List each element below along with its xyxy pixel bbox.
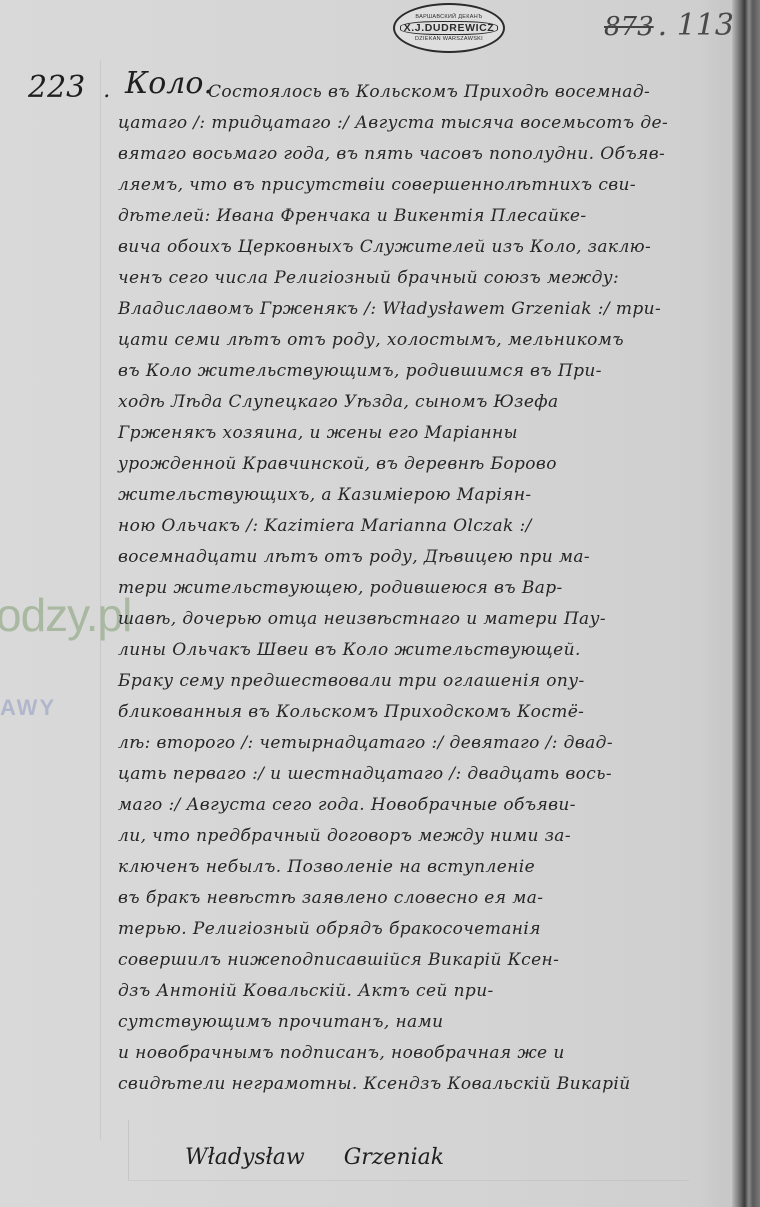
- folio-struck: 873: [604, 12, 654, 42]
- record-line: лины Ольчакъ Швеи въ Коло жительствующей…: [118, 640, 581, 660]
- document-page: ВАРШАВСКИЙ ДЕКАНЪ X.J.DUDREWICZ DZIEKAN …: [0, 0, 760, 1207]
- record-line: цати семи лѣтъ отъ роду, холостымъ, мель…: [118, 330, 624, 350]
- record-line: терью. Религіозный обрядъ бракосочетанія: [118, 919, 541, 939]
- record-line: вича обоихъ Церковныхъ Служителей изъ Ко…: [118, 237, 651, 257]
- folio-number: 873. 113: [604, 8, 734, 43]
- record-line: вятаго восьмаго года, въ пять часовъ поп…: [118, 144, 665, 164]
- record-line: ли, что предбрачный договоръ между ними …: [118, 826, 571, 846]
- record-line: Состоялось въ Кольскомъ Приходѣ восемнад…: [208, 82, 650, 102]
- folio-current: . 113: [658, 8, 734, 43]
- groom-signature: Władysław Grzeniak: [185, 1145, 444, 1170]
- record-line: маго :/ Августа сего года. Новобрачные о…: [118, 795, 576, 815]
- record-line: цать перваго :/ и шестнадцатаго /: двадц…: [118, 764, 612, 784]
- entry-dot: .: [103, 78, 110, 103]
- record-line: дѣтелей: Ивана Френчака и Викентія Плеса…: [118, 206, 586, 226]
- page-binding: [732, 0, 760, 1207]
- record-line: дзъ Антоній Ковальскій. Актъ сей при-: [118, 981, 494, 1001]
- watermark-site: odzy.pl: [0, 588, 131, 642]
- record-line: совершилъ нижеподписавшійся Викарій Ксен…: [118, 950, 559, 970]
- record-line: ключенъ небылъ. Позволеніе на вступленіе: [118, 857, 535, 877]
- record-line: въ Коло жительствующимъ, родившимся въ П…: [118, 361, 602, 381]
- record-line: жительствующихъ, а Казиміерою Маріян-: [118, 485, 532, 505]
- record-line: ходѣ Лѣда Слупецкаго Уѣзда, сыномъ Юзефа: [118, 392, 559, 412]
- record-line: лѣ: второго /: четырнадцатаго :/ девятаг…: [118, 733, 613, 753]
- record-line: ченъ сего числа Религіозный брачный союз…: [118, 268, 619, 288]
- place-name: Коло.: [125, 66, 213, 101]
- record-line: Браку сему предшествовали три оглашенія …: [118, 671, 585, 691]
- record-line: свидѣтели неграмотны. Ксендзъ Ковальскій…: [118, 1074, 631, 1094]
- stamp-bottom-text: DZIEKAN WARSZAWSKI: [415, 35, 483, 43]
- record-line: шавѣ, дочерью отца неизвѣстнаго и матери…: [118, 609, 606, 629]
- record-line: ляемъ, что въ присутствіи совершеннолѣтн…: [118, 175, 636, 195]
- record-line: бликованныя въ Кольскомъ Приходскомъ Кос…: [118, 702, 584, 722]
- record-line: въ бракъ невѣстѣ заявлено словесно ея ма…: [118, 888, 543, 908]
- entry-number-value: 223: [28, 70, 85, 105]
- stamp-name: X.J.DUDREWICZ: [400, 21, 499, 35]
- record-line: восемнадцати лѣтъ отъ роду, Дѣвицею при …: [118, 547, 590, 567]
- record-line: тери жительствующею, родившеюся въ Вар-: [118, 578, 563, 598]
- record-line: урожденной Кравчинской, въ деревнѣ Боров…: [118, 454, 557, 474]
- record-line: и новобрачнымъ подписанъ, новобрачная же…: [118, 1043, 565, 1063]
- record-line: цатаго /: тридцатаго :/ Августа тысяча в…: [118, 113, 668, 133]
- entry-number: 223.: [28, 70, 110, 105]
- record-line: ною Ольчакъ /: Kazimiera Marianna Olczak…: [118, 516, 532, 536]
- dean-stamp: ВАРШАВСКИЙ ДЕКАНЪ X.J.DUDREWICZ DZIEKAN …: [393, 3, 505, 53]
- watermark-text: AWY: [0, 695, 56, 721]
- stamp-top-text: ВАРШАВСКИЙ ДЕКАНЪ: [415, 13, 482, 21]
- record-line: Владиславомъ Грженякъ /: Władysławem Grz…: [118, 299, 661, 319]
- record-line: Грженякъ хозяина, и жены его Маріанны: [118, 423, 518, 443]
- record-line: сутствующимъ прочитанъ, нами: [118, 1012, 443, 1032]
